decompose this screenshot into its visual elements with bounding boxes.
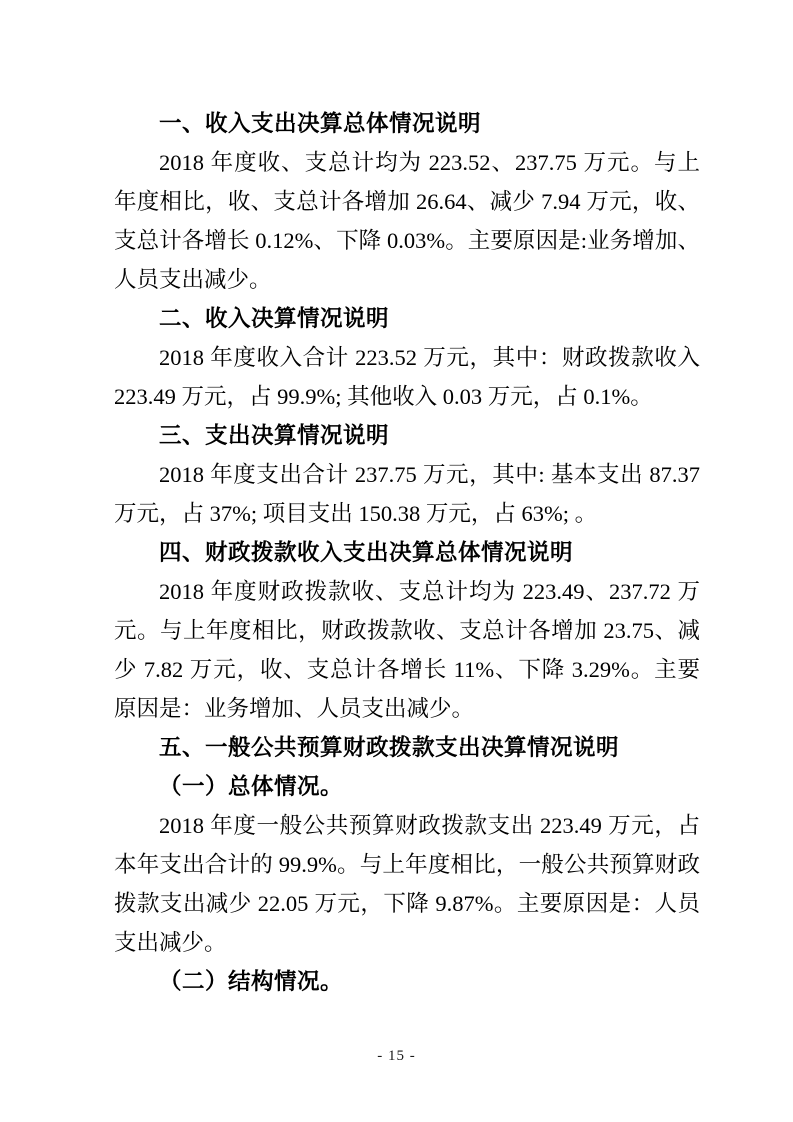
section-4-paragraph: 2018 年度财政拨款收、支总计均为 223.49、237.72 万元。与上年度… bbox=[114, 572, 700, 728]
subsection-5-1-paragraph: 2018 年度一般公共预算财政拨款支出 223.49 万元，占本年支出合计的 9… bbox=[114, 806, 700, 962]
section-1-paragraph: 2018 年度收、支总计均为 223.52、237.75 万元。与上年度相比，收… bbox=[114, 143, 700, 299]
section-4-heading: 四、财政拨款收入支出决算总体情况说明 bbox=[114, 533, 700, 572]
section-3-paragraph: 2018 年度支出合计 237.75 万元，其中: 基本支出 87.37 万元，… bbox=[114, 455, 700, 533]
document-content: 一、收入支出决算总体情况说明 2018 年度收、支总计均为 223.52、237… bbox=[114, 104, 700, 1001]
subsection-5-2-heading: （二）结构情况。 bbox=[114, 962, 700, 1001]
section-2-paragraph: 2018 年度收入合计 223.52 万元，其中：财政拨款收入 223.49 万… bbox=[114, 338, 700, 416]
section-1-heading: 一、收入支出决算总体情况说明 bbox=[114, 104, 700, 143]
section-3-heading: 三、支出决算情况说明 bbox=[114, 416, 700, 455]
section-2-heading: 二、收入决算情况说明 bbox=[114, 299, 700, 338]
document-page: 一、收入支出决算总体情况说明 2018 年度收、支总计均为 223.52、237… bbox=[0, 0, 793, 1122]
subsection-5-1-heading: （一）总体情况。 bbox=[114, 767, 700, 806]
page-number: - 15 - bbox=[0, 1048, 793, 1065]
section-5-heading: 五、一般公共预算财政拨款支出决算情况说明 bbox=[114, 728, 700, 767]
